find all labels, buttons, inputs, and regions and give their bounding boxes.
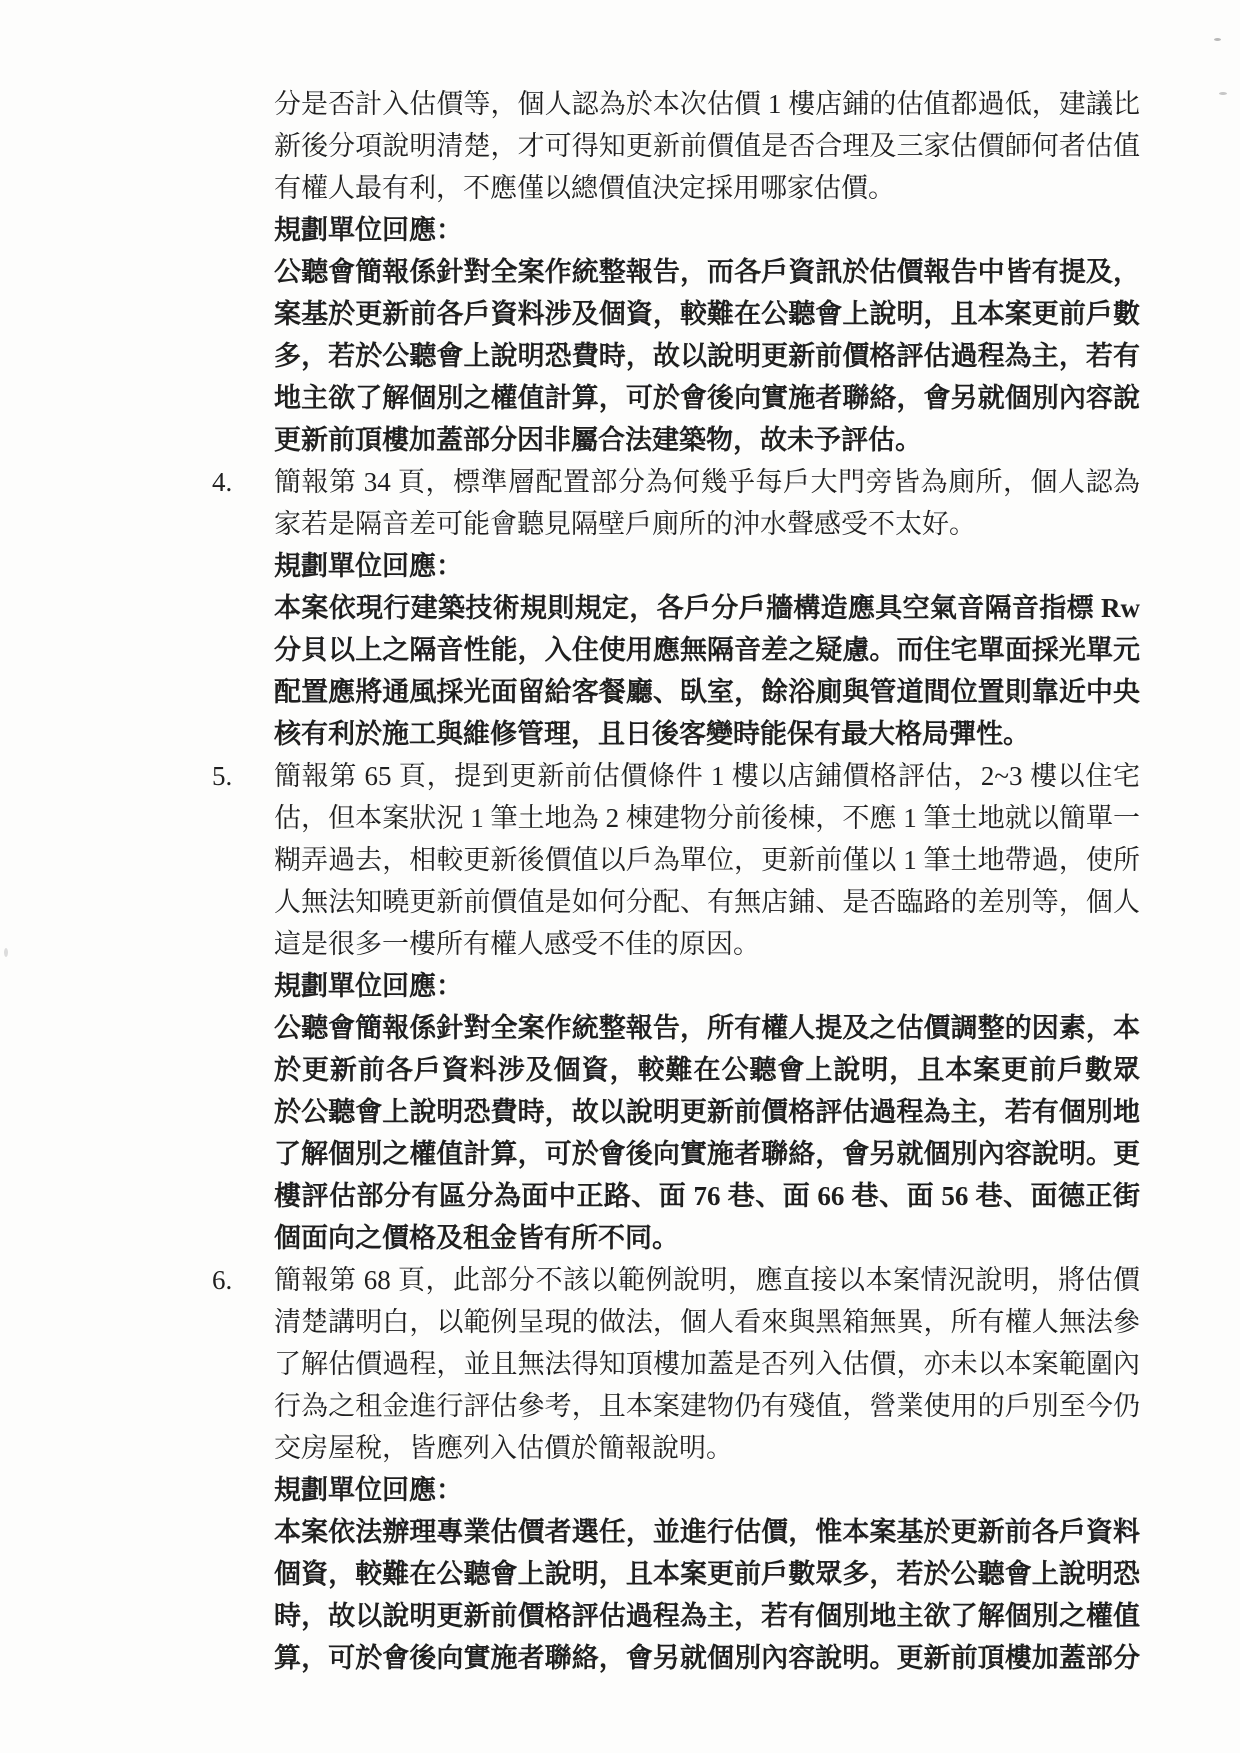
text-line: 簡報第 34 頁，標準層配置部分為何幾乎每戶大門旁皆為廁所，個人認為開門回 — [274, 461, 1140, 503]
text-line: 公聽會簡報係針對全案作統整報告，而各戶資訊於估價報告中皆有提及，惟本 — [274, 251, 1140, 293]
response-heading-label: 規劃單位回應： — [274, 209, 1140, 251]
text-line: 人無法知曉更新前價值是如何分配、有無店鋪、是否臨路的差別等，個人認為 — [274, 881, 1140, 923]
text-line: 核有利於施工與維修管理，且日後客變時能保有最大格局彈性。 — [274, 713, 1140, 755]
response-paragraph: 本案依現行建築技術規則規定，各戶分戶牆構造應具空氣音隔音指標 Rw 在五十分貝以… — [274, 587, 1140, 755]
numbered-item: 6.簡報第 68 頁，此部分不該以範例說明，應直接以本案情況說明，將估價邏輯說清… — [274, 1259, 1140, 1469]
response-paragraph: 公聽會簡報係針對全案作統整報告，所有權人提及之估價調整的因素，本案基於更新前各戶… — [274, 1007, 1140, 1259]
response-heading-label: 規劃單位回應： — [274, 965, 1140, 1007]
text-line: 本案依法辦理專業估價者選任，並進行估價，惟本案基於更新前各戶資料涉及 — [274, 1511, 1140, 1553]
scan-speck — [1219, 92, 1227, 95]
response-paragraph: 公聽會簡報係針對全案作統整報告，而各戶資訊於估價報告中皆有提及，惟本案基於更新前… — [274, 251, 1140, 461]
text-line: 新後分項說明清楚，才可得知更新前價值是否合理及三家估價師何者估值對所 — [274, 125, 1140, 167]
text-line: 家若是隔音差可能會聽見隔壁戶廁所的沖水聲感受不太好。 — [274, 503, 1140, 545]
issue-paragraph: 分是否計入估價等，個人認為於本次估價 1 樓店鋪的估值都過低，建議比照更新後分項… — [274, 83, 1140, 209]
text-line: 本案依現行建築技術規則規定，各戶分戶牆構造應具空氣音隔音指標 Rw 在五十 — [274, 587, 1140, 629]
text-line: 算，可於會後向實施者聯絡，會另就個別內容說明。更新前頂樓加蓋部分因非 — [274, 1637, 1140, 1679]
text-line: 更新前頂樓加蓋部分因非屬合法建築物，故未予評估。 — [274, 419, 1140, 461]
text-line: 個面向之價格及租金皆有所不同。 — [274, 1217, 1140, 1259]
numbered-item: 4.簡報第 34 頁，標準層配置部分為何幾乎每戶大門旁皆為廁所，個人認為開門回家… — [274, 461, 1140, 545]
text-line: 簡報第 65 頁，提到更新前估價條件 1 樓以店鋪價格評估，2~3 樓以住宅價格… — [274, 755, 1140, 797]
text-line: 估，但本案狀況 1 筆土地為 2 棟建物分前後棟，不應 1 筆土地就以簡單一句話 — [274, 797, 1140, 839]
response-heading: 規劃單位回應： — [274, 1469, 1140, 1511]
document-content: 分是否計入估價等，個人認為於本次估價 1 樓店鋪的估值都過低，建議比照更新後分項… — [274, 83, 1140, 1679]
numbered-item: 5.簡報第 65 頁，提到更新前估價條件 1 樓以店鋪價格評估，2~3 樓以住宅… — [274, 755, 1140, 965]
text-line: 地主欲了解個別之權值計算，可於會後向實施者聯絡，會另就個別內容說明。 — [274, 377, 1140, 419]
response-paragraph: 本案依法辦理專業估價者選任，並進行估價，惟本案基於更新前各戶資料涉及個資，較難在… — [274, 1511, 1140, 1679]
text-line: 個資，較難在公聽會上說明，且本案更前戶數眾多，若於公聽會上說明恐費 — [274, 1553, 1140, 1595]
document-page: 分是否計入估價等，個人認為於本次估價 1 樓店鋪的估值都過低，建議比照更新後分項… — [0, 0, 1240, 1753]
response-heading: 規劃單位回應： — [274, 965, 1140, 1007]
scan-speck — [4, 948, 8, 957]
text-line: 配置應將通風採光面留給客餐廳、臥室，餘浴廁與管道間位置則靠近中央服務 — [274, 671, 1140, 713]
item-number: 5. — [212, 755, 268, 797]
text-line: 時，故以說明更新前價格評估過程為主，若有個別地主欲了解個別之權值計 — [274, 1595, 1140, 1637]
text-line: 行為之租金進行評估參考，且本案建物仍有殘值，營業使用的戶別至今仍有繳 — [274, 1385, 1140, 1427]
text-line: 簡報第 68 頁，此部分不該以範例說明，應直接以本案情況說明，將估價邏輯說 — [274, 1259, 1140, 1301]
response-heading-label: 規劃單位回應： — [274, 545, 1140, 587]
item-number: 6. — [212, 1259, 268, 1301]
text-line: 分是否計入估價等，個人認為於本次估價 1 樓店鋪的估值都過低，建議比照更 — [274, 83, 1140, 125]
text-line: 清楚講明白，以範例呈現的做法，個人看來與黑箱無異，所有權人無法參考及 — [274, 1301, 1140, 1343]
text-line: 公聽會簡報係針對全案作統整報告，所有權人提及之估價調整的因素，本案基 — [274, 1007, 1140, 1049]
text-line: 分貝以上之隔音性能，入住使用應無隔音差之疑慮。而住宅單面採光單元空間 — [274, 629, 1140, 671]
response-heading: 規劃單位回應： — [274, 209, 1140, 251]
text-line: 於公聽會上說明恐費時，故以說明更新前價格評估過程為主，若有個別地主欲 — [274, 1091, 1140, 1133]
text-line: 這是很多一樓所有權人感受不佳的原因。 — [274, 923, 1140, 965]
text-line: 樓評估部分有區分為面中正路、面 76 巷、面 66 巷、面 56 巷、面德正街等… — [274, 1175, 1140, 1217]
text-line: 了解個別之權值計算，可於會後向實施者聯絡，會另就個別內容說明。更新前 1 — [274, 1133, 1140, 1175]
text-line: 於更新前各戶資料涉及個資，較難在公聽會上說明，且本案更前戶數眾多，若 — [274, 1049, 1140, 1091]
text-line: 有權人最有利，不應僅以總價值決定採用哪家估價。 — [274, 167, 1140, 209]
text-line: 案基於更新前各戶資料涉及個資，較難在公聽會上說明，且本案更前戶數眾 — [274, 293, 1140, 335]
text-line: 了解估價過程，並且無法得知頂樓加蓋是否列入估價，亦未以本案範圍內出租 — [274, 1343, 1140, 1385]
text-line: 糊弄過去，相較更新後價值以戶為單位，更新前僅以 1 筆土地帶過，使所有權 — [274, 839, 1140, 881]
item-number: 4. — [212, 461, 268, 503]
scan-speck — [1214, 38, 1221, 41]
text-line: 交房屋稅，皆應列入估價於簡報說明。 — [274, 1427, 1140, 1469]
text-line: 多，若於公聽會上說明恐費時，故以說明更新前價格評估過程為主，若有個別 — [274, 335, 1140, 377]
response-heading: 規劃單位回應： — [274, 545, 1140, 587]
response-heading-label: 規劃單位回應： — [274, 1469, 1140, 1511]
